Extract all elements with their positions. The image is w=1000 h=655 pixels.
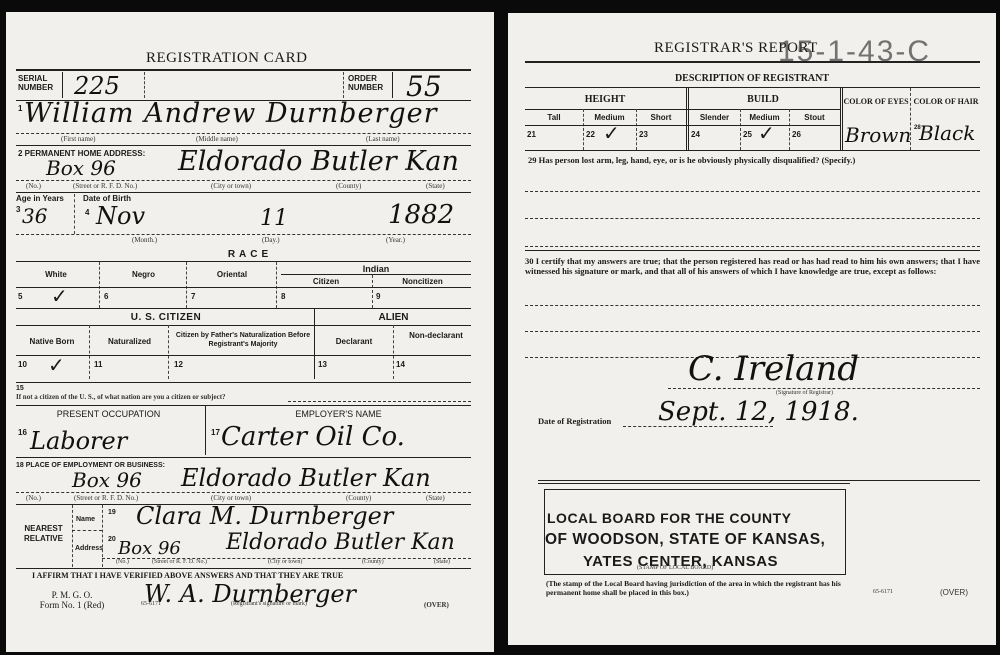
serial-number-value: 225 — [74, 72, 120, 100]
build-medium-check: ✓ — [758, 121, 775, 145]
date-of-registration-label: Date of Registration — [538, 416, 611, 426]
registrars-report-back: REGISTRAR'S REPORT 15-1-43-C DESCRIPTION… — [508, 13, 996, 645]
race-white-check: ✓ — [51, 284, 68, 308]
stamp-line-2: OF WOODSON, STATE OF KANSAS, — [545, 531, 825, 549]
relative-address-city: Eldorado Butler Kan — [226, 530, 455, 555]
nearest-relative-label: NEARESTRELATIVE — [16, 524, 71, 544]
stamp-line-1: LOCAL BOARD FOR THE COUNTY — [547, 510, 792, 526]
height-header: HEIGHT — [525, 94, 685, 105]
serial-number-label: SERIALNUMBER — [18, 74, 53, 92]
eyes-header: COLOR OF EYES — [841, 97, 911, 107]
native-born-check: ✓ — [48, 353, 65, 377]
employer-value: Carter Oil Co. — [221, 422, 405, 452]
dob-year: 1882 — [388, 200, 454, 230]
occupation-header: PRESENT OCCUPATION — [16, 409, 201, 419]
hair-header: COLOR OF HAIR — [911, 97, 981, 107]
height-medium-check: ✓ — [603, 121, 620, 145]
over-label: (OVER) — [424, 601, 449, 609]
nationality-question: If not a citizen of the U. S., of what n… — [16, 393, 226, 401]
eye-color-value: Brown — [845, 123, 911, 147]
race-header: RACE — [6, 249, 494, 260]
date-of-registration-value: Sept. 12, 1918. — [658, 397, 859, 427]
occupation-value: Laborer — [30, 427, 127, 455]
us-citizen-header: U. S. CITIZEN — [16, 312, 316, 323]
dob-month: Nov — [96, 202, 145, 230]
description-subtitle: DESCRIPTION OF REGISTRANT — [508, 73, 996, 84]
stamp-instruction: (The stamp of the Local Board having jur… — [546, 579, 856, 597]
order-number-label: ORDERNUMBER — [348, 74, 383, 92]
registration-card-front: REGISTRATION CARD SERIALNUMBER 225 ORDER… — [6, 12, 494, 652]
affirmation-text: I AFFIRM THAT I HAVE VERIFIED ABOVE ANSW… — [32, 571, 343, 580]
form-identifier: P. M. G. O.Form No. 1 (Red) — [22, 590, 122, 610]
build-header: BUILD — [688, 94, 838, 105]
physical-disqualification-question: 29 Has person lost arm, leg, hand, eye, … — [528, 155, 983, 166]
over-label: (OVER) — [940, 588, 968, 597]
card-title: REGISTRATION CARD — [146, 50, 307, 67]
employment-address-city: Eldorado Butler Kan — [181, 464, 431, 492]
dob-day: 11 — [260, 206, 288, 231]
indian-header: Indian — [281, 264, 471, 274]
registrar-signature: C. Ireland — [688, 349, 859, 389]
stamped-code: 15-1-43-C — [778, 35, 931, 69]
local-board-stamp-box: LOCAL BOARD FOR THE COUNTY OF WOODSON, S… — [544, 489, 846, 575]
relative-address-number: Box 96 — [118, 538, 181, 559]
age-label: Age in Years — [16, 194, 64, 203]
certification-text: 30 I certify that my answers are true; t… — [525, 256, 980, 276]
age-value: 36 — [22, 204, 47, 228]
home-address-number: Box 96 — [46, 156, 116, 180]
employer-header: EMPLOYER'S NAME — [206, 409, 471, 419]
alien-header: ALIEN — [316, 312, 471, 323]
hair-color-value: Black — [919, 121, 975, 145]
relative-name: Clara M. Durnberger — [136, 502, 393, 530]
employment-address-number: Box 96 — [72, 468, 142, 492]
home-address-city: Eldorado Butler Kan — [178, 146, 459, 177]
registrant-full-name: William Andrew Durnberger — [24, 98, 438, 129]
